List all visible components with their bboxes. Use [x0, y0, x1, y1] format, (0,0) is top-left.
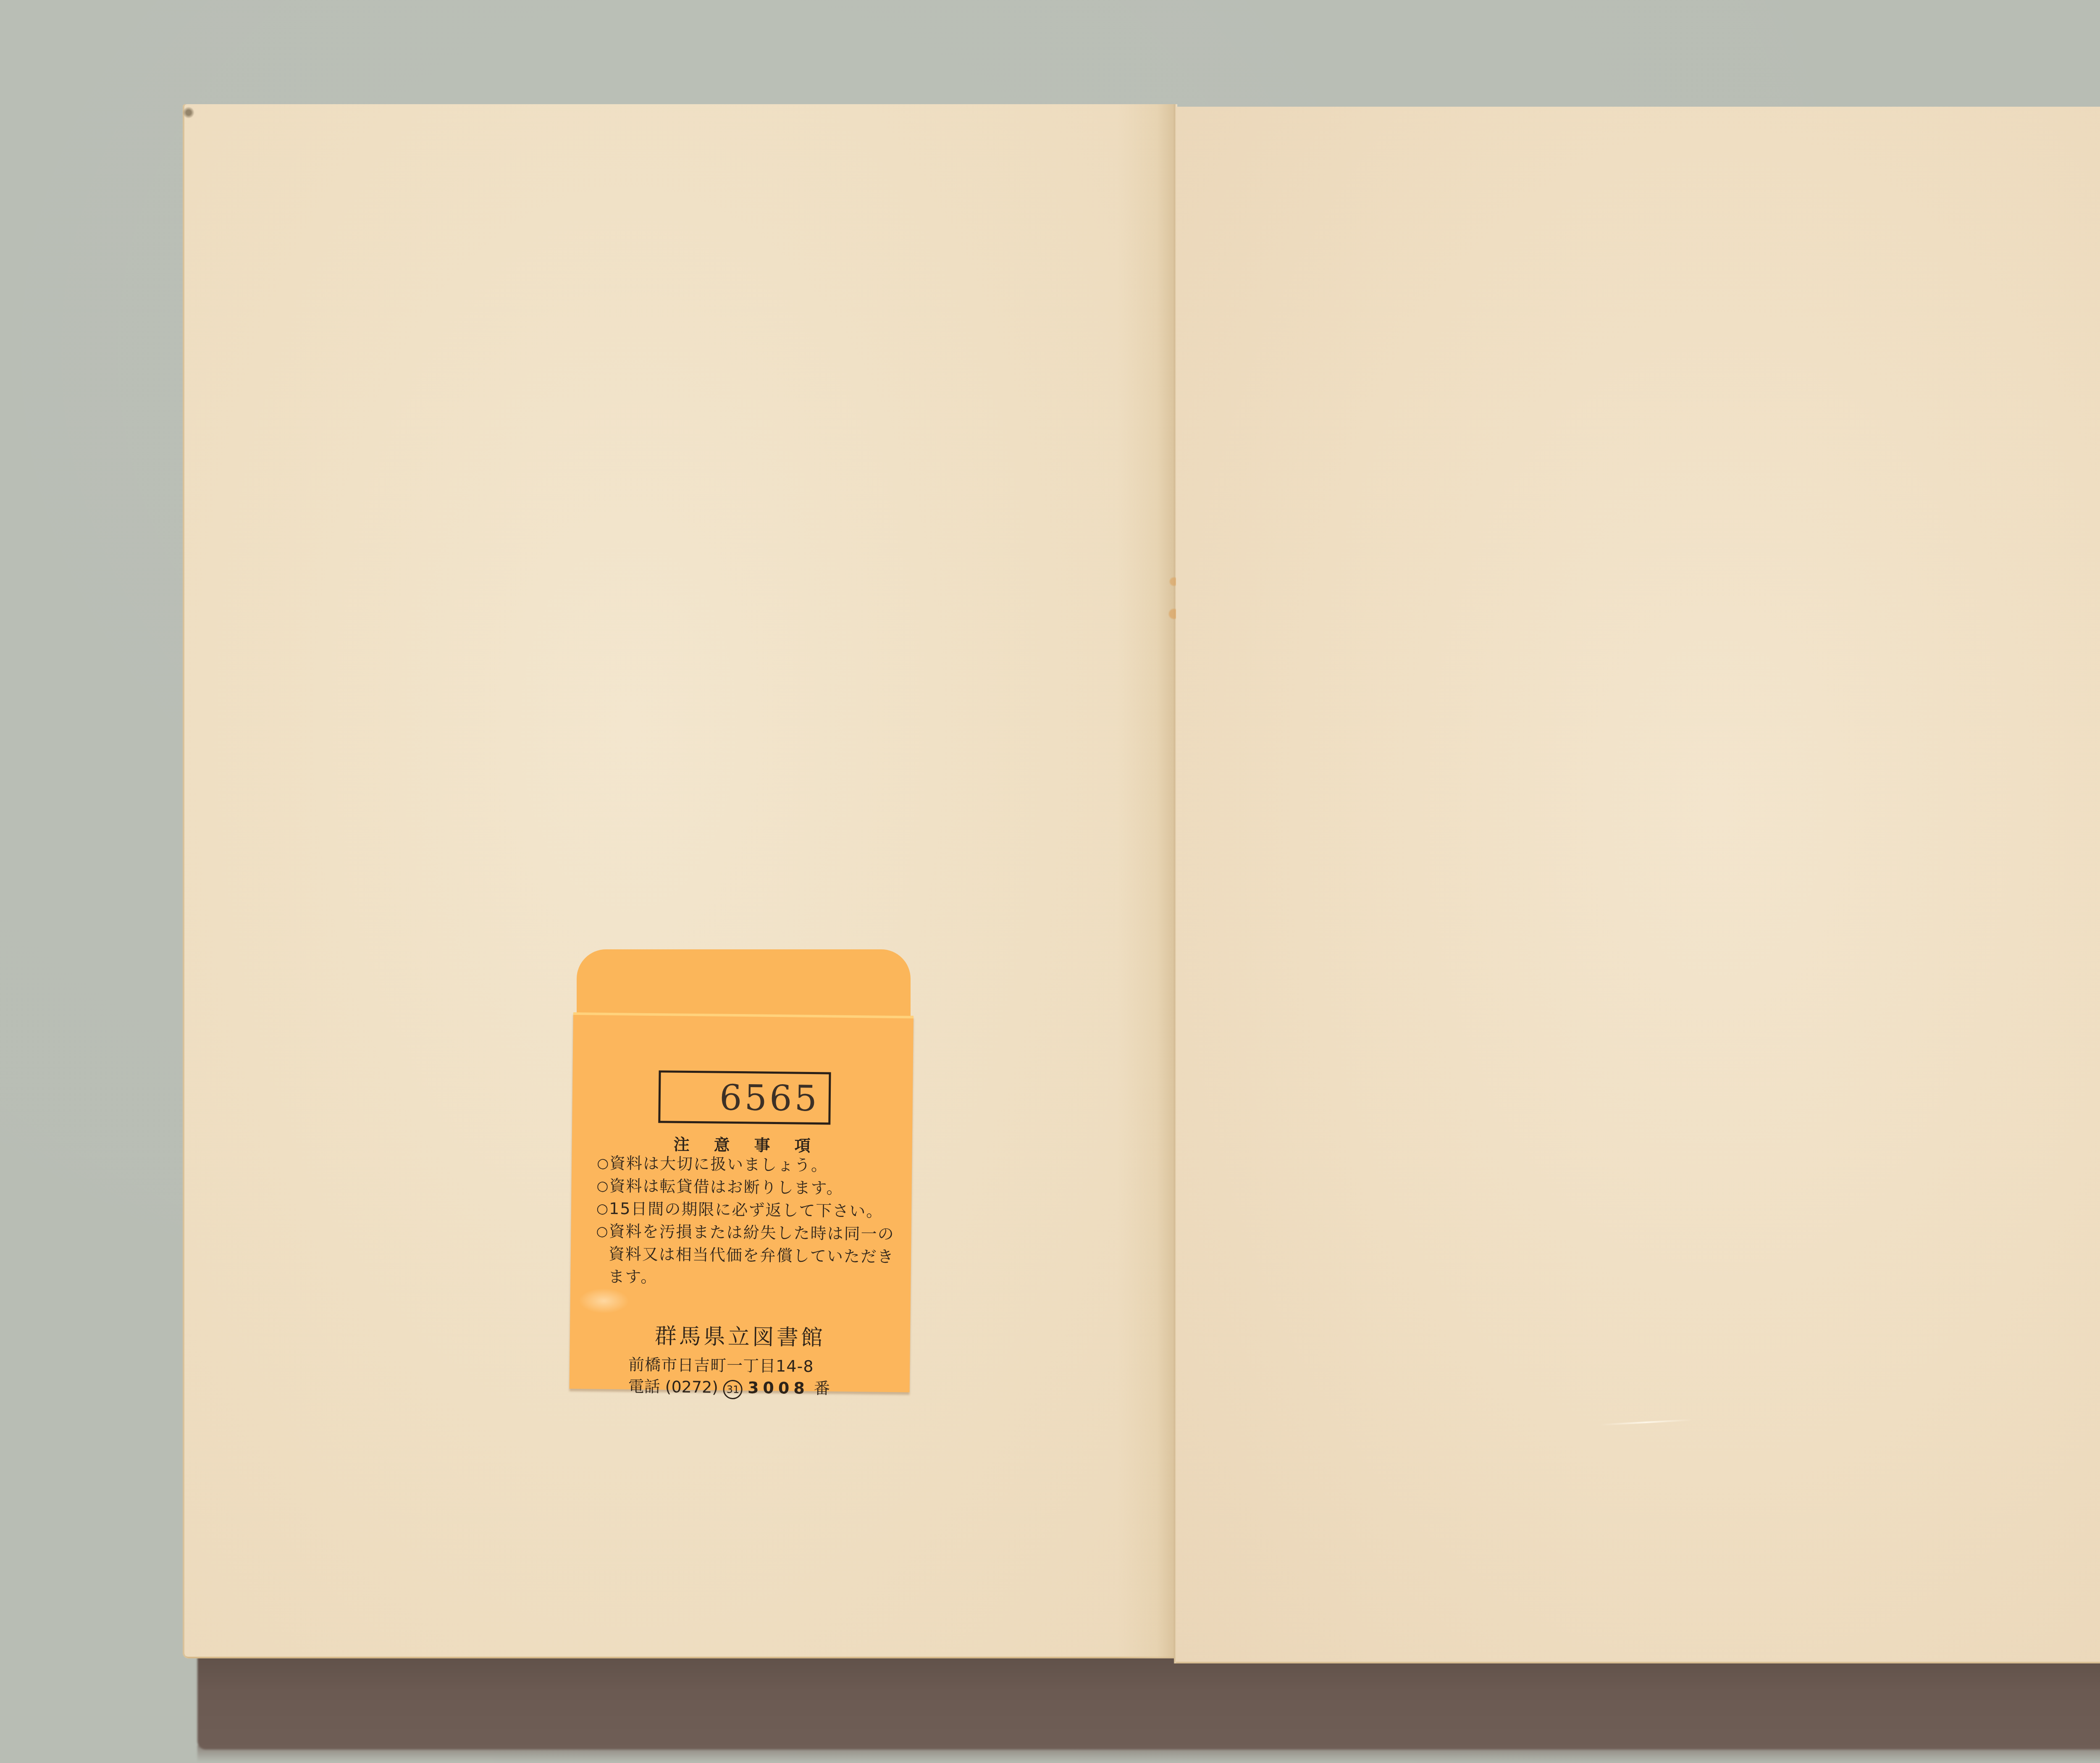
notice-item: ○ 15日間の期限に必ず返して下さい。	[596, 1197, 899, 1223]
library-phone: 電話 (0272) 31 3008 番	[628, 1373, 830, 1400]
library-card-pocket: 6565 注意事項 ○ 資料は大切に扱いましょう。 ○ 資料は転貸借はお断りしま…	[573, 949, 913, 1386]
notice-item: ○ 資料は大切に扱いましょう。	[597, 1152, 900, 1178]
notice-item: ○ 資料を汚損または紛失した時は同一の資料又は相当代価を弁償していただきます。	[596, 1220, 899, 1291]
pocket-scuff	[579, 1288, 630, 1314]
phone-suffix: 番	[814, 1375, 830, 1398]
circle-bullet-icon: ○	[596, 1197, 609, 1220]
circle-bullet-icon: ○	[597, 1152, 610, 1174]
call-number: 6565	[719, 1077, 820, 1119]
notice-text: 資料を汚損または紛失した時は同一の資料又は相当代価を弁償していただきます。	[608, 1220, 899, 1291]
circle-bullet-icon: ○	[596, 1220, 609, 1288]
notice-text: 資料は大切に扱いましょう。	[609, 1152, 900, 1177]
library-address: 前橋市日吉町一丁目14-8	[628, 1351, 814, 1377]
library-name: 群馬県立図書館	[570, 1317, 911, 1352]
left-page-fold-shade	[1117, 104, 1174, 1658]
phone-exchange-circle: 31	[723, 1380, 743, 1399]
phone-area-code: (0272)	[665, 1377, 718, 1396]
notice-item: ○ 資料は転貸借はお断りします。	[596, 1174, 899, 1201]
circle-bullet-icon: ○	[596, 1174, 609, 1197]
phone-label: 電話	[628, 1373, 660, 1397]
notice-text: 資料は転貸借はお断りします。	[609, 1174, 899, 1200]
book-shadow	[197, 1651, 2100, 1750]
corner-wear-top-left	[183, 104, 194, 121]
notice-text: 15日間の期限に必ず返して下さい。	[609, 1197, 899, 1223]
left-endpaper: 6565 注意事項 ○ 資料は大切に扱いましょう。 ○ 資料は転貸借はお断りしま…	[183, 104, 1174, 1658]
paper-crease	[1600, 1419, 1693, 1426]
open-book: 6565 注意事項 ○ 資料は大切に扱いましょう。 ○ 資料は転貸借はお断りしま…	[183, 104, 2100, 1658]
right-endpaper	[1176, 107, 2100, 1663]
notice-list: ○ 資料は大切に扱いましょう。 ○ 資料は転貸借はお断りします。 ○ 15日間の…	[596, 1152, 899, 1291]
pocket-front: 6565 注意事項 ○ 資料は大切に扱いましょう。 ○ 資料は転貸借はお断りしま…	[570, 1012, 913, 1392]
phone-number: 3008	[748, 1378, 809, 1398]
call-number-box: 6565	[658, 1070, 831, 1125]
